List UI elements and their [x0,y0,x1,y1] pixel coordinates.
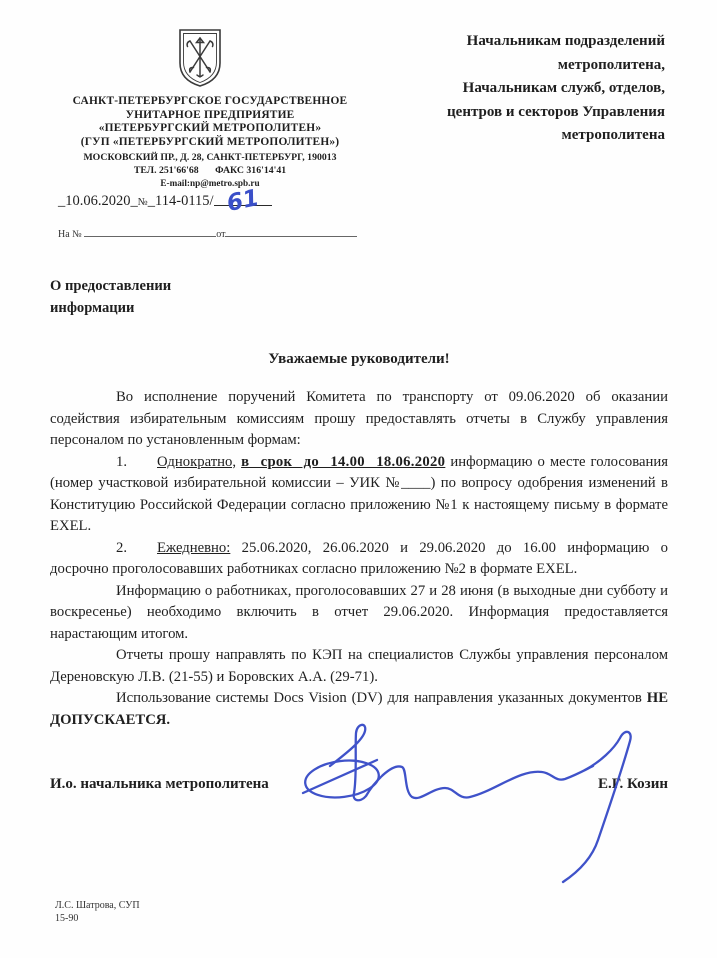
paragraph-docsvision: Использование системы Docs Vision (DV) д… [50,688,668,731]
handwritten-number: 61 [226,194,259,208]
fax: ФАКС 316'14'41 [215,165,286,176]
metro-crest-icon [176,27,224,94]
recipient-line: центров и секторов Управления [368,101,665,125]
handwritten-number-field: 61 [214,194,272,206]
organization-name: САНКТ-ПЕТЕРБУРГСКОЕ ГОСУДАРСТВЕННОЕ УНИТ… [28,95,392,149]
list-item-2: 2.Ежедневно: 25.06.2020, 26.06.2020 и 29… [50,538,668,581]
email: E-mail:np@metro.spb.ru [28,177,392,190]
item2-text: 25.06.2020, 26.06.2020 и 29.06.2020 до 1… [50,540,668,578]
org-line: САНКТ-ПЕТЕРБУРГСКОЕ ГОСУДАРСТВЕННОЕ [28,95,392,109]
reply-prefix: На № [58,229,82,240]
reference-line: _10.06.2020_№_114-0115/61 [58,193,272,210]
signature-row: И.о. начальника метрополитена Е.Г. Козин [50,776,668,793]
recipient-line: Начальникам подразделений [368,30,665,54]
org-line: «ПЕТЕРБУРГСКИЙ МЕТРОПОЛИТЕН» [28,122,392,136]
item-number: 1. [116,454,127,470]
number-sign: № [138,197,148,208]
reply-reference-line: На № от [58,227,357,240]
reply-from-label: от [216,229,225,240]
org-line: (ГУП «ПЕТЕРБУРГСКИЙ МЕТРОПОЛИТЕН») [28,136,392,150]
subject-line: О предоставлении [50,275,171,297]
recipient-line: Начальникам служб, отделов, [368,77,665,101]
signer-position: И.о. начальника метрополитена [50,776,269,793]
item2-underlined: Ежедневно: [157,540,230,556]
paragraph-weekend: Информацию о работниках, проголосовавших… [50,581,668,646]
signer-name: Е.Г. Козин [598,776,668,793]
letter-page: САНКТ-ПЕТЕРБУРГСКОЕ ГОСУДАРСТВЕННОЕ УНИТ… [0,0,717,958]
executor-phone: 15-90 [55,912,140,925]
letter-body: Во исполнение поручений Комитета по тран… [50,387,668,731]
subject-line: информации [50,297,171,319]
reply-number-blank [84,227,216,237]
item-number: 2. [116,540,127,556]
recipient-block: Начальникам подразделений метрополитена,… [368,30,665,148]
docsvision-text: Использование системы Docs Vision (DV) д… [116,690,647,706]
phone: ТЕЛ. 251'66'68 [134,165,199,176]
item1-underlined: Однократно, [157,454,236,470]
postal-address: МОСКОВСКИЙ ПР., Д. 28, САНКТ-ПЕТЕРБУРГ, … [28,152,392,165]
phone-fax-line: ТЕЛ. 251'66'68 ФАКС 316'14'41 [28,165,392,178]
item1-deadline: в срок до 14.00 18.06.2020 [241,454,445,470]
executor-block: Л.С. Шатрова, СУП 15-90 [55,899,140,925]
salutation: Уважаемые руководители! [50,351,668,368]
list-item-1: 1.Однократно, в срок до 14.00 18.06.2020… [50,452,668,538]
recipient-line: метрополитена [368,124,665,148]
subject-block: О предоставлении информации [50,275,171,319]
executor-name: Л.С. Шатрова, СУП [55,899,140,912]
org-line: УНИТАРНОЕ ПРЕДПРИЯТИЕ [28,109,392,123]
paragraph-intro: Во исполнение поручений Комитета по тран… [50,387,668,452]
reply-date-blank [225,227,357,237]
organization-contacts: МОСКОВСКИЙ ПР., Д. 28, САНКТ-ПЕТЕРБУРГ, … [28,152,392,190]
letter-number: _114-0115/ [148,193,214,209]
paragraph-contacts: Отчеты прошу направлять по КЭП на специа… [50,645,668,688]
recipient-line: метрополитена, [368,54,665,78]
letter-date: _10.06.2020_ [58,193,138,209]
